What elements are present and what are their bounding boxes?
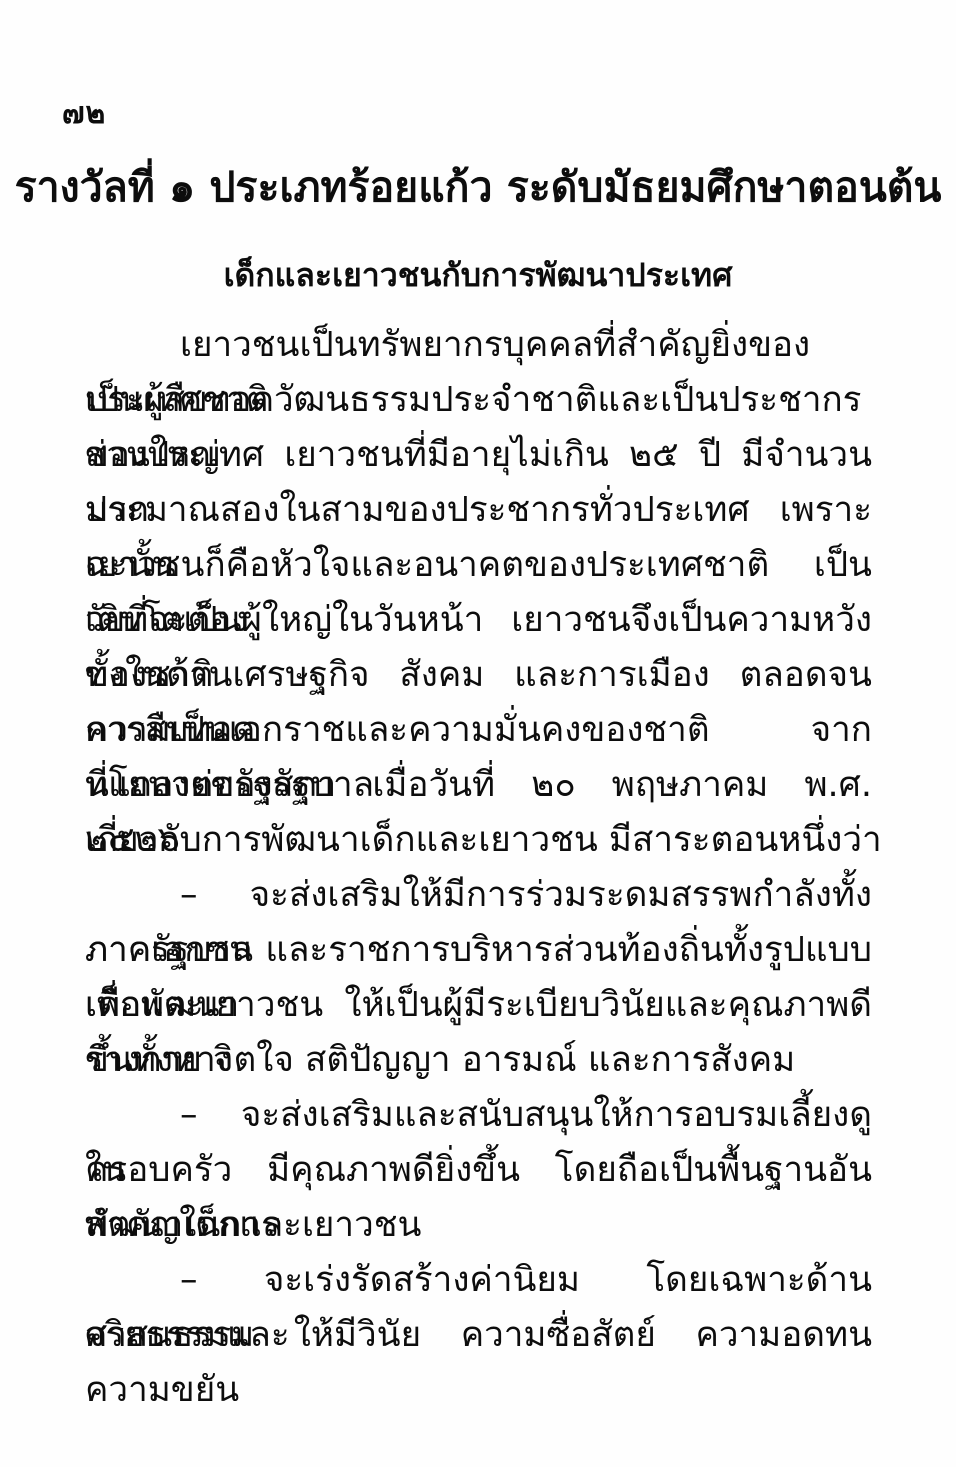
text-line: เติบโตเป็นผู้ใหญ่ในวันหน้า เยาวชนจึงเป็น… [85,593,872,648]
text-line: ประมาณสองในสามของประชากรทั่วประเทศ เพราะ… [85,483,872,538]
text-line: ร่างกาย จิตใจ สติปัญญา อารมณ์ และการสังค… [85,1033,872,1088]
text-line: เด็กและเยาวชน ให้เป็นผู้มีระเบียบวินัยแล… [85,978,872,1033]
page-number: ๗๒ [62,90,106,137]
text-line: เยาวชนเป็นทรัพยากรบุคคลที่สำคัญยิ่งของปร… [85,318,872,373]
essay-title: เด็กและเยาวชนกับการพัฒนาประเทศ [0,250,956,301]
text-line: ที่แถลงต่อรัฐสภา เมื่อวันที่ ๒๐ พฤษภาคม … [85,758,872,813]
page-title: รางวัลที่ ๑ ประเภทร้อยแก้ว ระดับมัธยมศึก… [0,155,956,220]
body-text: เยาวชนเป็นทรัพยากรบุคคลที่สำคัญยิ่งของปร… [85,318,872,1363]
text-line: ของประเทศ เยาวชนที่มีอายุไม่เกิน ๒๕ ปี ม… [85,428,872,483]
text-line: ครอบครัว มีคุณภาพดียิ่งขึ้น โดยถือเป็นพื… [85,1143,872,1198]
text-line: ทั้งในด้านเศรษฐกิจ สังคม และการเมือง ตลอ… [85,648,872,703]
text-line: ศาสนธรรม ให้มีวินัย ความซื่อสัตย์ ความอด… [85,1308,872,1363]
text-line: – จะส่งเสริมให้มีการร่วมระดมสรรพกำลังทั้… [85,868,872,923]
text-line: ความเป็นเอกราชและความมั่นคงของชาติ จากนโ… [85,703,872,758]
text-line: เยาวชนก็คือหัวใจและอนาคตของประเทศชาติ เป… [85,538,872,593]
text-line: พัฒนาเด็กและเยาวชน [85,1198,872,1253]
text-line: ภาคเอกชน และราชการบริหารส่วนท้องถิ่นทั้ง… [85,923,872,978]
text-line: เป็นผู้สืบทอดวัฒนธรรมประจำชาติและเป็นประ… [85,373,872,428]
text-line: เกี่ยวกับการพัฒนาเด็กและเยาวชน มีสาระตอน… [85,813,872,868]
text-line: – จะเร่งรัดสร้างค่านิยม โดยเฉพาะด้านจริย… [85,1253,872,1308]
scanned-document-page: ๗๒ รางวัลที่ ๑ ประเภทร้อยแก้ว ระดับมัธยม… [0,0,956,1467]
text-line: – จะส่งเสริมและสนับสนุนให้การอบรมเลี้ยงด… [85,1088,872,1143]
